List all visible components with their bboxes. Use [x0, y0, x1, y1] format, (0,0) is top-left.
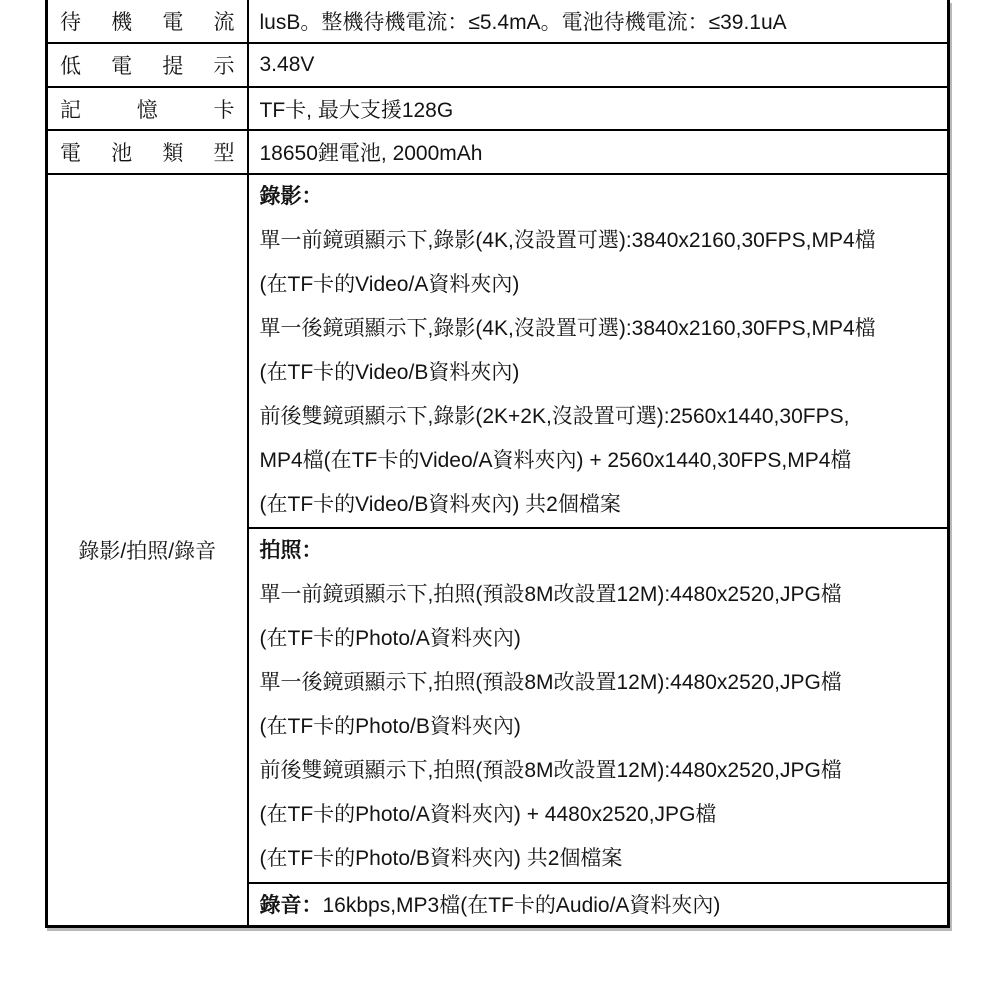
video-line: (在TF卡的Video/B資料夾內)	[260, 351, 948, 395]
photo-heading: 拍照：	[260, 529, 948, 573]
photo-line: 單一前鏡頭顯示下,拍照(預設8M改設置12M):4480x2520,JPG檔	[260, 573, 948, 617]
audio-text: 16kbps,MP3檔(在TF卡的Audio/A資料夾內)	[323, 894, 721, 917]
media-photo-cell: 拍照： 單一前鏡頭顯示下,拍照(預設8M改設置12M):4480x2520,JP…	[248, 528, 949, 883]
row-battery-type: 電池類型 18650鋰電池, 2000mAh	[47, 130, 949, 174]
video-line: (在TF卡的Video/A資料夾內)	[260, 263, 948, 307]
audio-heading: 錄音：	[260, 894, 323, 917]
media-video-cell: 錄影： 單一前鏡頭顯示下,錄影(4K,沒設置可選):3840x2160,30FP…	[248, 174, 949, 528]
row-memory-card: 記憶卡 TF卡, 最大支援128G	[47, 87, 949, 130]
photo-line: 單一後鏡頭顯示下,拍照(預設8M改設置12M):4480x2520,JPG檔	[260, 661, 948, 705]
row-media-label: 錄影/拍照/錄音	[47, 174, 248, 926]
row-low-battery-alert-value: 3.48V	[248, 43, 949, 87]
spec-table: 待機電流 lusB。整機待機電流：≤5.4mA。電池待機電流：≤39.1uA 低…	[45, 0, 950, 928]
media-audio-cell: 錄音：16kbps,MP3檔(在TF卡的Audio/A資料夾內)	[248, 883, 949, 926]
photo-line: (在TF卡的Photo/A資料夾內)	[260, 617, 948, 661]
video-heading: 錄影：	[260, 175, 948, 219]
video-line: MP4檔(在TF卡的Video/A資料夾內) + 2560x1440,30FPS…	[260, 439, 948, 483]
row-standby-current-value: lusB。整機待機電流：≤5.4mA。電池待機電流：≤39.1uA	[248, 0, 949, 43]
page: 待機電流 lusB。整機待機電流：≤5.4mA。電池待機電流：≤39.1uA 低…	[0, 0, 1000, 1000]
row-battery-type-label: 電池類型	[47, 130, 248, 174]
row-media-video-section: 錄影/拍照/錄音 錄影： 單一前鏡頭顯示下,錄影(4K,沒設置可選):3840x…	[47, 174, 949, 528]
video-line: 單一後鏡頭顯示下,錄影(4K,沒設置可選):3840x2160,30FPS,MP…	[260, 307, 948, 351]
photo-line: (在TF卡的Photo/A資料夾內) + 4480x2520,JPG檔	[260, 793, 948, 837]
row-low-battery-alert: 低電提示 3.48V	[47, 43, 949, 87]
video-line: (在TF卡的Video/B資料夾內) 共2個檔案	[260, 483, 948, 527]
row-low-battery-alert-label: 低電提示	[47, 43, 248, 87]
video-line: 前後雙鏡頭顯示下,錄影(2K+2K,沒設置可選):2560x1440,30FPS…	[260, 395, 948, 439]
photo-line: (在TF卡的Photo/B資料夾內)	[260, 705, 948, 749]
video-line: 單一前鏡頭顯示下,錄影(4K,沒設置可選):3840x2160,30FPS,MP…	[260, 219, 948, 263]
photo-line: 前後雙鏡頭顯示下,拍照(預設8M改設置12M):4480x2520,JPG檔	[260, 749, 948, 793]
row-memory-card-value: TF卡, 最大支援128G	[248, 87, 949, 130]
row-memory-card-label: 記憶卡	[47, 87, 248, 130]
row-battery-type-value: 18650鋰電池, 2000mAh	[248, 130, 949, 174]
row-standby-current: 待機電流 lusB。整機待機電流：≤5.4mA。電池待機電流：≤39.1uA	[47, 0, 949, 43]
photo-line: (在TF卡的Photo/B資料夾內) 共2個檔案	[260, 837, 948, 881]
row-standby-current-label: 待機電流	[47, 0, 248, 43]
